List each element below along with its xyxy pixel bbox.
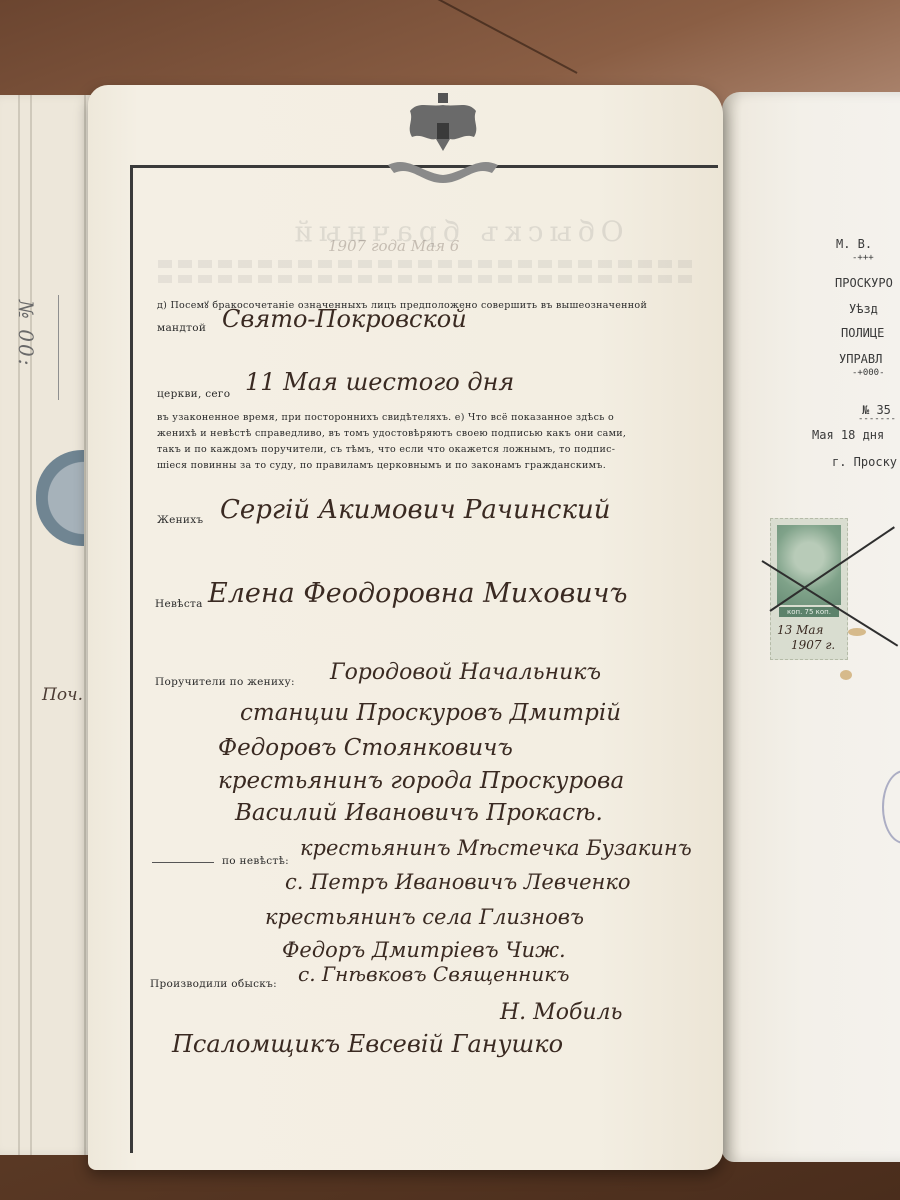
margin-note: № 00: [14,300,38,367]
guarantor-line: станции Проскуровъ Дмитрiй [240,700,621,726]
stamp-date: 13 Мая 1907 г. [777,623,835,653]
clause-e-line: такъ и по каждомъ поручители, съ тѣмъ, ч… [157,444,615,455]
stamp-date-line: 13 Мая [777,623,835,638]
page-edge [18,95,20,1155]
typed-city: г. Проску [832,455,897,469]
date-handwritten: 11 Мая шестого дня [245,368,514,396]
typed-date: Мая 18 дня [812,428,884,442]
church-name-handwritten: Свято-Покровской [222,305,467,333]
guarantor-line: Василий Ивановичъ Прокасѣ. [235,800,603,826]
typed-line: ------- [858,414,896,424]
groom-label: Женихъ [157,514,203,526]
stain [848,628,866,636]
psalmist-signature: Псаломщикъ Евсевiй Ганушко [172,1030,563,1058]
guarantor-line: Федоръ Дмитрiевъ Чиж. [282,938,566,962]
clause-e-line: шiеся повинны за то суду, по правиламъ ц… [157,460,606,471]
typed-line: УПРАВЛ [839,352,882,366]
bride-label: Невѣста [155,598,203,610]
handwritten-fragment: Поч. [42,685,83,705]
bride-guarantors-label: по невѣстѣ: [222,855,289,867]
clause-e-line: женихѣ и невѣстѣ справедливо, въ томъ уд… [157,428,626,439]
typed-line: Уѣзд [849,302,878,316]
guarantor-line: крестьянинъ Мѣстечка Бузакинъ [300,836,692,860]
bleed-through-line [158,275,698,283]
typed-line: -+++ [852,253,874,263]
bride-signature: Елена Феодоровна Миховичъ [208,578,628,609]
page-edge [30,95,32,1155]
eagle-emblem-icon [777,525,841,605]
guarantor-line: крестьянинъ села Глизновъ [265,905,584,929]
performed-by-label: Производили обыскъ: [150,978,277,990]
stamp-value: коп. 75 коп. [779,607,839,617]
guarantor-line: Федоровъ Стоянковичъ [218,735,513,761]
blank-rule [152,862,214,863]
table-edge [400,0,578,74]
typed-line: М. В. [836,237,872,251]
stamp-date-line: 1907 г. [777,638,835,653]
main-document-page: Обыскъ брачный 1907 года Мая 6 [88,85,723,1170]
guarantor-line: Городовой Начальникъ [330,660,601,685]
priest-signature: Н. Мобиль [500,1000,623,1025]
groom-guarantors-label: Поручители по жениху: [155,676,295,688]
ink-seal-icon [36,450,84,546]
imperial-eagle-crest-icon [388,93,498,183]
stain [840,670,852,680]
page-edge [84,95,86,1155]
bleed-through-handwriting: 1907 года Мая 6 [328,237,459,255]
typed-line: ПРОСКУРО [835,276,893,290]
guarantor-line: с. Петръ Ивановичъ Левченко [285,870,631,894]
clause-e-line: въ узаконенное время, при постороннихъ с… [157,412,614,423]
groom-signature: Сергiй Акимович Рачинский [220,495,611,525]
typed-line: -+000- [852,368,885,378]
church-label: церкви, сего [157,388,230,400]
margin-rule [58,295,59,400]
clause-d-label: мандтой [157,322,206,334]
bleed-through-line [158,260,698,268]
priest-line: с. Гнѣвковъ Священникъ [298,962,569,986]
guarantor-line: крестьянинъ города Проскурова [218,768,624,794]
typed-line: ПОЛИЦЕ [841,326,884,340]
